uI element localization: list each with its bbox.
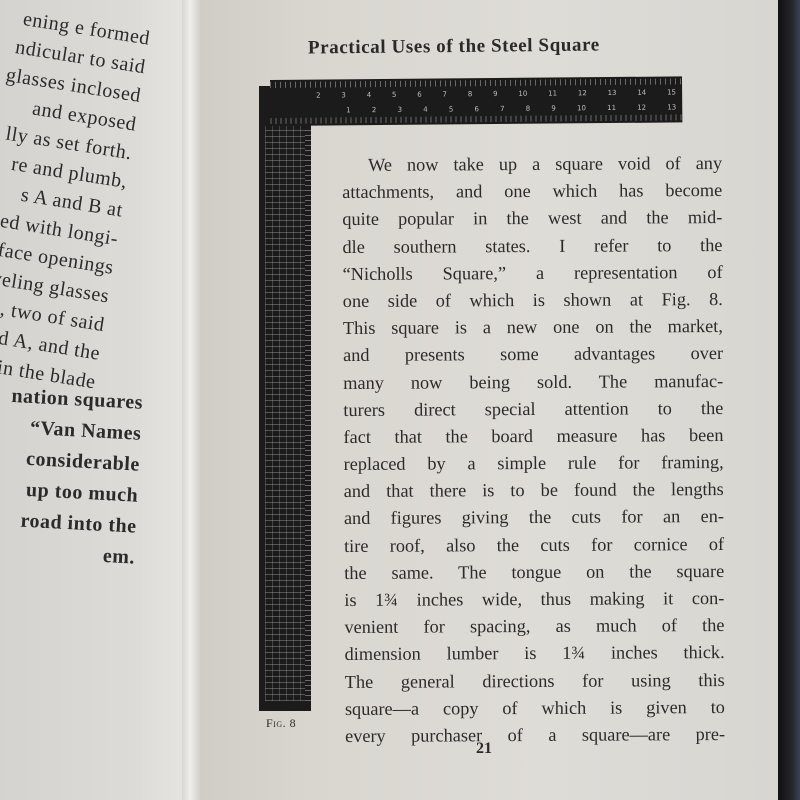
text-line: many now being sold. The manufac- [343,368,723,397]
text-line: We now take up a square void of any [342,150,722,179]
book-gutter [182,0,200,800]
ruler-number: 11 [607,104,616,112]
ruler-number: 7 [443,90,448,98]
ruler-number: 4 [367,91,372,99]
text-line: is 1¾ inches wide, thus making it con- [344,585,724,614]
page-edge-shadow [778,0,800,800]
ruler-number: 3 [341,91,346,99]
left-page-text-lower: nation squares “Van Names considerable u… [0,380,144,574]
ruler-number: 7 [500,105,505,113]
text-line: dimension lumber is 1¾ inches thick. [345,639,725,668]
ruler-ticks [305,126,311,701]
ruler-number: 6 [474,105,479,113]
text-line: replaced by a simple rule for framing, [344,449,724,478]
ruler-ticks [270,114,682,124]
text-line: fact that the board measure has been [343,422,723,451]
text-line: The general directions for using this [345,667,725,696]
ruler-number: 10 [577,104,586,112]
ruler-number: 14 [637,89,646,97]
ruler-number: 8 [526,105,531,113]
ruler-upper-scale: 2 3 4 5 6 7 8 9 10 11 12 13 14 15 [316,88,676,99]
text-line: and presents some advantages over [343,340,723,369]
ruler-number: 11 [548,89,557,97]
ruler-number: 4 [423,106,428,114]
text-line: attachments, and one which has become [342,177,722,206]
text-line: “Nicholls Square,” a representation of [343,259,723,288]
ruler-number: 3 [398,106,403,114]
page-number: 21 [476,740,492,758]
ruler-number: 6 [417,91,422,99]
text-line: and figures giving the cuts for an en- [344,503,724,532]
ruler-number: 15 [667,88,676,96]
ruler-number: 2 [316,92,321,100]
ruler-number: 8 [468,90,473,98]
text-line: square—a copy of which is given to [345,694,725,723]
left-page: ening e formed ndicular to said glasses … [0,0,190,800]
ruler-ticks [270,78,682,88]
ruler-number: 2 [372,106,377,114]
ruler-number: 10 [518,90,527,98]
text-line: venient for spacing, as much of the [344,612,724,641]
text-line: one side of which is shown at Fig. 8. [343,286,723,315]
steel-square-tongue-illustration [259,86,311,711]
ruler-number: 13 [667,103,676,111]
text-line: dle southern states. I refer to the [342,232,722,261]
text-line: tire roof, also the cuts for cornice of [344,531,724,560]
text-line: and that there is to be found the length… [344,476,724,505]
text-line: em. [0,535,136,574]
ruler-number: 1 [346,106,351,114]
left-page-text-upper: ening e formed ndicular to said glasses … [0,0,152,397]
ruler-number: 5 [392,91,397,99]
rafter-table-pattern [265,126,305,701]
steel-square-blade-illustration: 2 3 4 5 6 7 8 9 10 11 12 13 14 15 1 2 3 … [270,76,682,126]
ruler-number: 9 [551,105,556,113]
page-title: Practical Uses of the Steel Square [308,34,600,59]
text-line: the same. The tongue on the square [344,558,724,587]
text-line: quite popular in the west and the mid- [342,204,722,233]
ruler-number: 5 [449,105,454,113]
ruler-number: 13 [608,89,617,97]
ruler-number: 12 [578,89,587,97]
figure-caption: Fig. 8 [266,716,296,731]
text-line: turers direct special attention to the [343,395,723,424]
text-line: every purchaser of a square—are pre- [345,721,725,750]
text-line: This square is a new one on the market, [343,313,723,342]
ruler-lower-scale: 1 2 3 4 5 6 7 8 9 10 11 12 13 [346,103,676,114]
ruler-number: 9 [493,90,498,98]
ruler-number: 12 [637,104,646,112]
body-text: We now take up a square void of any atta… [342,150,725,750]
